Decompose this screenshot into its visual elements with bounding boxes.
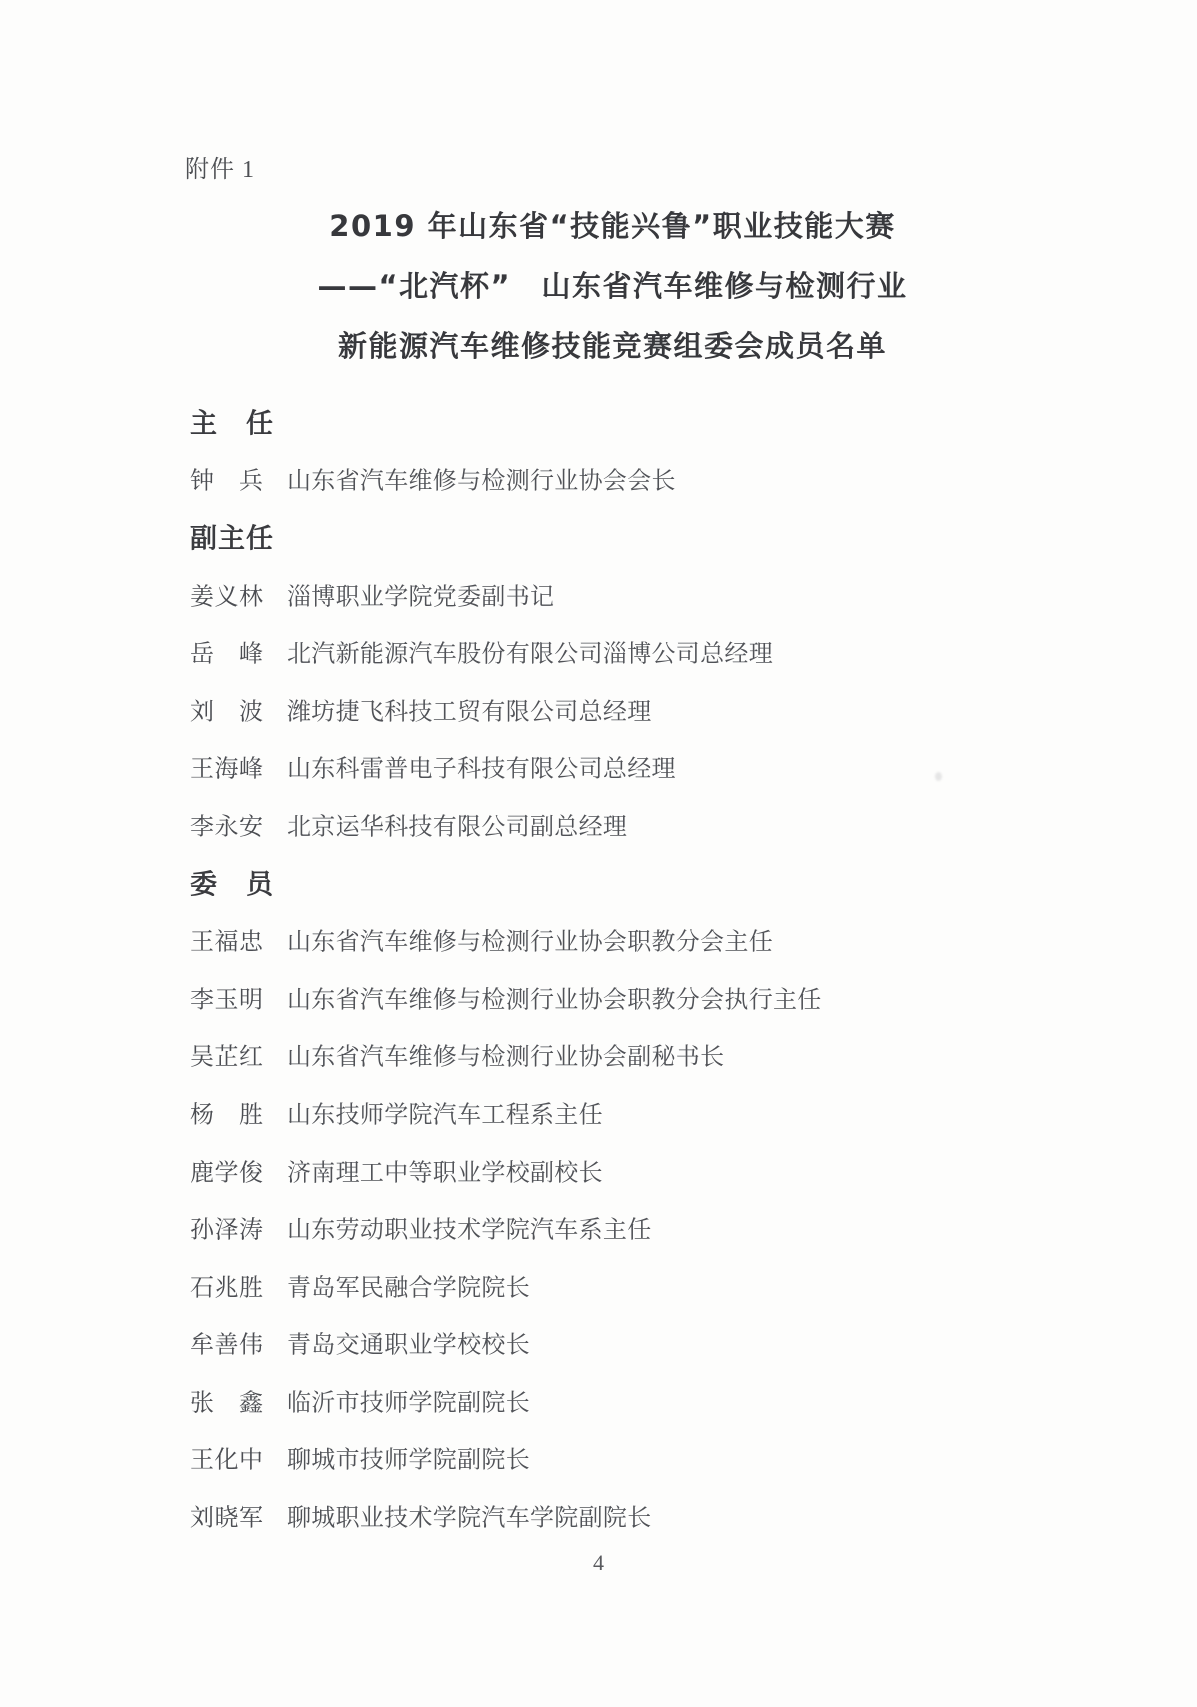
member-title: 济南理工中等职业学校副校长: [287, 1152, 603, 1187]
member-title: 聊城职业技术学院汽车学院副院长: [287, 1498, 652, 1533]
attachment-label: 附件 1: [185, 149, 255, 184]
member-name: 王化中: [190, 1440, 264, 1475]
member-name: 姜义林: [190, 576, 264, 611]
member-row: 牟善伟青岛交通职业学校校长: [0, 1314, 1197, 1372]
member-title: 北京运华科技有限公司副总经理: [287, 806, 627, 841]
member-row: 王海峰山东科雷普电子科技有限公司总经理: [0, 738, 1197, 796]
member-title: 山东省汽车维修与检测行业协会副秘书长: [287, 1037, 724, 1072]
member-row: 鹿学俊济南理工中等职业学校副校长: [0, 1141, 1197, 1199]
member-name: 王福忠: [190, 922, 264, 957]
document-title: 2019 年山东省“技能兴鲁”职业技能大赛 ——“北汽杯” 山东省汽车维修与检测…: [14, 196, 1197, 376]
member-row: 石兆胜青岛军民融合学院院长: [0, 1256, 1197, 1314]
member-row: 李永安北京运华科技有限公司副总经理: [0, 795, 1197, 853]
member-name: 岳 峰: [190, 634, 264, 669]
page-number: 4: [0, 1550, 1197, 1576]
member-title: 山东技师学院汽车工程系主任: [287, 1094, 603, 1129]
section-heading: 委 员: [190, 862, 274, 901]
member-title: 北汽新能源汽车股份有限公司淄博公司总经理: [287, 634, 773, 669]
member-name: 钟 兵: [190, 461, 264, 496]
member-title: 聊城市技师学院副院长: [287, 1440, 530, 1475]
title-line-3: 新能源汽车维修技能竞赛组委会成员名单: [14, 316, 1197, 376]
member-title: 山东省汽车维修与检测行业协会会长: [287, 461, 676, 496]
member-name: 吴芷红: [190, 1037, 264, 1072]
member-name: 王海峰: [190, 749, 264, 784]
member-name: 张 鑫: [190, 1382, 264, 1417]
member-name: 刘晓军: [190, 1498, 264, 1533]
member-title: 青岛交通职业学校校长: [287, 1325, 530, 1360]
member-title: 山东科雷普电子科技有限公司总经理: [287, 749, 676, 784]
committee-roster: 主 任钟 兵山东省汽车维修与检测行业协会会长副主任姜义林淄博职业学院党委副书记岳…: [0, 392, 1197, 1544]
title-line-1: 2019 年山东省“技能兴鲁”职业技能大赛: [14, 196, 1197, 256]
scan-artifact: [935, 772, 942, 781]
member-title: 山东省汽车维修与检测行业协会职教分会执行主任: [287, 979, 822, 1014]
section-heading: 主 任: [190, 401, 274, 440]
member-name: 杨 胜: [190, 1094, 264, 1129]
member-name: 刘 波: [190, 691, 264, 726]
member-name: 孙泽涛: [190, 1210, 264, 1245]
member-row: 钟 兵山东省汽车维修与检测行业协会会长: [0, 450, 1197, 508]
member-row: 姜义林淄博职业学院党委副书记: [0, 565, 1197, 623]
member-row: 吴芷红山东省汽车维修与检测行业协会副秘书长: [0, 1026, 1197, 1084]
member-title: 山东省汽车维修与检测行业协会职教分会主任: [287, 922, 773, 957]
member-row: 张 鑫临沂市技师学院副院长: [0, 1371, 1197, 1429]
title-line-2: ——“北汽杯” 山东省汽车维修与检测行业: [14, 256, 1197, 316]
member-name: 鹿学俊: [190, 1152, 264, 1187]
member-title: 淄博职业学院党委副书记: [287, 576, 554, 611]
section-heading-row: 委 员: [0, 853, 1197, 911]
document-page: 附件 1 2019 年山东省“技能兴鲁”职业技能大赛 ——“北汽杯” 山东省汽车…: [0, 0, 1197, 1707]
member-name: 李永安: [190, 806, 264, 841]
member-row: 李玉明山东省汽车维修与检测行业协会职教分会执行主任: [0, 968, 1197, 1026]
member-row: 刘晓军聊城职业技术学院汽车学院副院长: [0, 1486, 1197, 1544]
section-heading-row: 主 任: [0, 392, 1197, 450]
member-row: 刘 波潍坊捷飞科技工贸有限公司总经理: [0, 680, 1197, 738]
member-row: 王福忠山东省汽车维修与检测行业协会职教分会主任: [0, 910, 1197, 968]
section-heading: 副主任: [190, 516, 274, 555]
member-name: 李玉明: [190, 979, 264, 1014]
member-row: 杨 胜山东技师学院汽车工程系主任: [0, 1083, 1197, 1141]
member-title: 临沂市技师学院副院长: [287, 1382, 530, 1417]
member-title: 青岛军民融合学院院长: [287, 1267, 530, 1302]
member-name: 牟善伟: [190, 1325, 264, 1360]
member-row: 孙泽涛山东劳动职业技术学院汽车系主任: [0, 1198, 1197, 1256]
member-row: 王化中聊城市技师学院副院长: [0, 1429, 1197, 1487]
member-title: 潍坊捷飞科技工贸有限公司总经理: [287, 691, 652, 726]
section-heading-row: 副主任: [0, 507, 1197, 565]
member-name: 石兆胜: [190, 1267, 264, 1302]
member-title: 山东劳动职业技术学院汽车系主任: [287, 1210, 652, 1245]
member-row: 岳 峰北汽新能源汽车股份有限公司淄博公司总经理: [0, 622, 1197, 680]
